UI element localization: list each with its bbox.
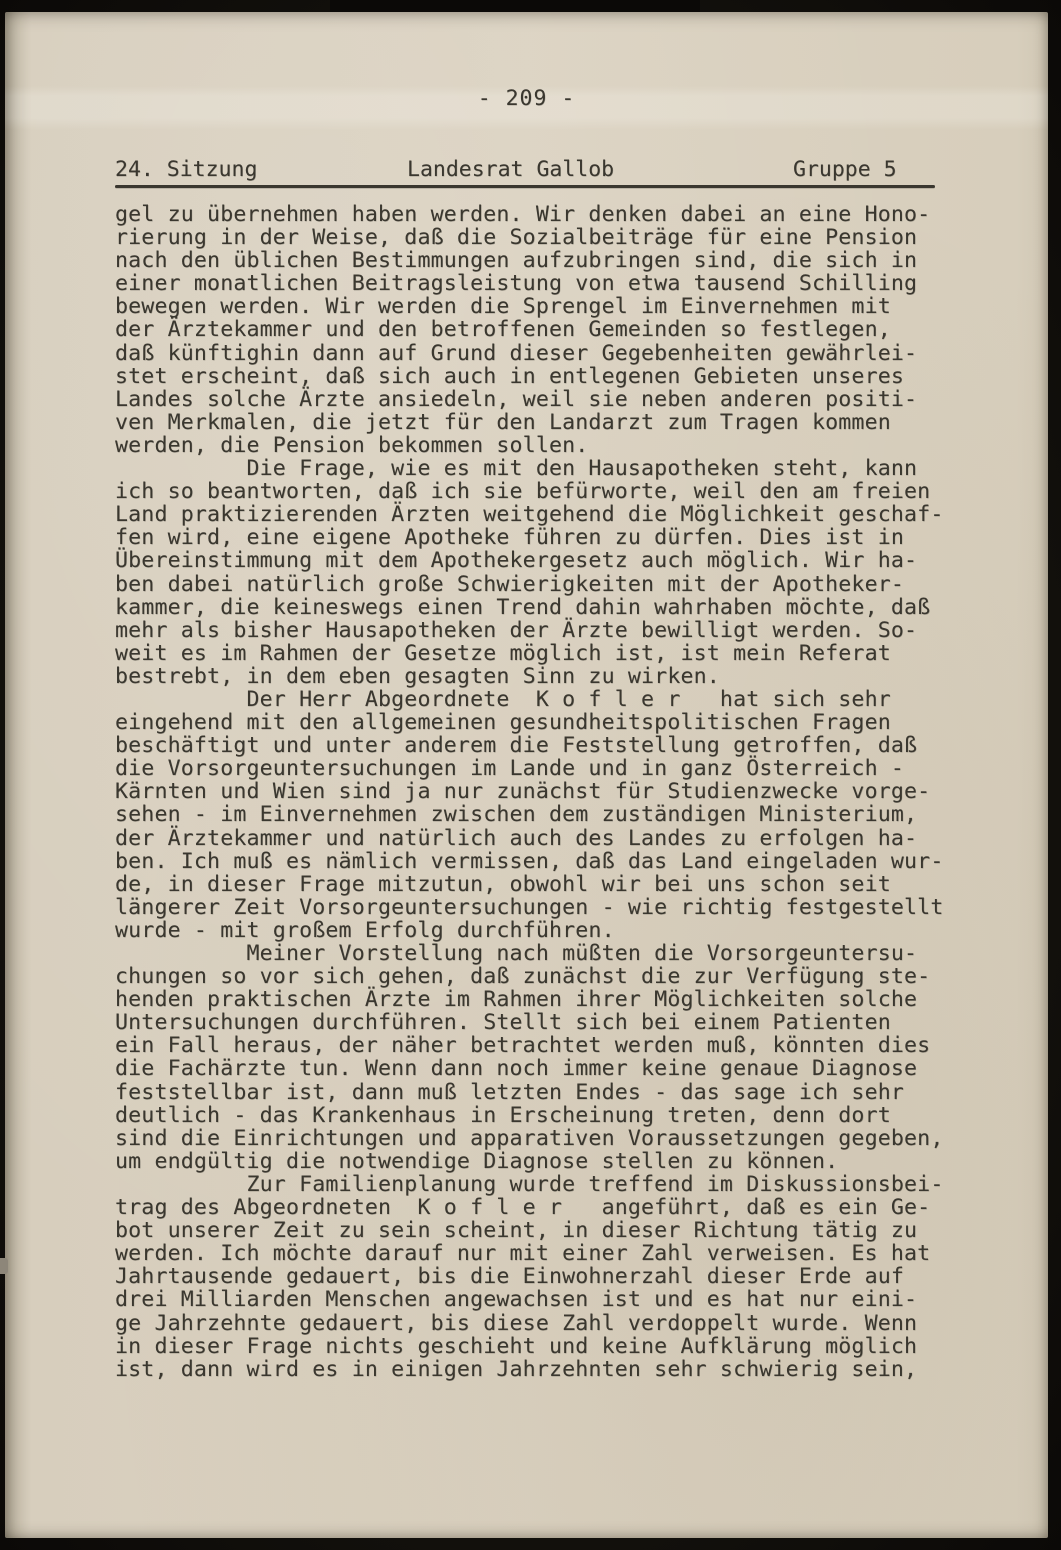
text-line: trag des Abgeordneten K o f l e r angefü… <box>115 1196 975 1219</box>
text-line: in dieser Frage nichts geschieht und kei… <box>115 1335 975 1358</box>
text-line: Jahrtausende gedauert, bis die Einwohner… <box>115 1265 975 1288</box>
text-line: ven Merkmalen, die jetzt für den Landarz… <box>115 411 975 434</box>
text-line: bot unserer Zeit zu sein scheint, in die… <box>115 1219 975 1242</box>
page-header: 24. Sitzung Landesrat Gallob Gruppe 5 <box>115 146 935 188</box>
text-line: rierung in der Weise, daß die Sozialbeit… <box>115 226 975 249</box>
header-session: 24. Sitzung <box>115 157 257 182</box>
text-line: feststellbar ist, dann muß letzten Endes… <box>115 1081 975 1104</box>
text-line: einer monatlichen Beitragsleistung von e… <box>115 272 975 295</box>
text-line: de, in dieser Frage mitzutun, obwohl wir… <box>115 873 975 896</box>
text-line: Zur Familienplanung wurde treffend im Di… <box>115 1173 975 1196</box>
text-line: chungen so vor sich gehen, daß zunächst … <box>115 965 975 988</box>
text-line: Der Herr Abgeordnete K o f l e r hat sic… <box>115 688 975 711</box>
text-line: sehen - im Einvernehmen zwischen dem zus… <box>115 803 975 826</box>
text-line: werden. Ich möchte darauf nur mit einer … <box>115 1242 975 1265</box>
text-line: Untersuchungen durchführen. Stellt sich … <box>115 1011 975 1034</box>
text-line: ben dabei natürlich große Schwierigkeite… <box>115 573 975 596</box>
text-line: sind die Einrichtungen und apparativen V… <box>115 1127 975 1150</box>
text-line: bestrebt, in dem eben gesagten Sinn zu w… <box>115 665 975 688</box>
text-line: kammer, die keineswegs einen Trend dahin… <box>115 596 975 619</box>
header-group: Gruppe 5 <box>793 157 897 182</box>
text-line: nach den üblichen Bestimmungen aufzubrin… <box>115 249 975 272</box>
body-text: gel zu übernehmen haben werden. Wir denk… <box>115 203 975 1381</box>
text-line: ein Fall heraus, der näher betrachtet we… <box>115 1034 975 1057</box>
text-line: stet erscheint, daß sich auch in entlege… <box>115 365 975 388</box>
text-line: ist, dann wird es in einigen Jahrzehnten… <box>115 1358 975 1381</box>
text-line: beschäftigt und unter anderem die Festst… <box>115 734 975 757</box>
header-underline <box>115 185 935 188</box>
text-line: eingehend mit den allgemeinen gesundheit… <box>115 711 975 734</box>
header-speaker: Landesrat Gallob <box>407 157 614 182</box>
paragraph: Zur Familienplanung wurde treffend im Di… <box>115 1173 975 1381</box>
document-page: - 209 - 24. Sitzung Landesrat Gallob Gru… <box>5 12 1048 1538</box>
text-line: drei Milliarden Menschen angewachsen ist… <box>115 1288 975 1311</box>
text-line: henden praktischen Ärzte im Rahmen ihrer… <box>115 988 975 1011</box>
text-line: Kärnten und Wien sind ja nur zunächst fü… <box>115 780 975 803</box>
text-line: längerer Zeit Vorsorgeuntersuchungen - w… <box>115 896 975 919</box>
text-line: der Ärztekammer und natürlich auch des L… <box>115 827 975 850</box>
text-line: Meiner Vorstellung nach müßten die Vorso… <box>115 942 975 965</box>
text-line: deutlich - das Krankenhaus in Erscheinun… <box>115 1104 975 1127</box>
text-line: der Ärztekammer und den betroffenen Geme… <box>115 318 975 341</box>
text-line: wurde - mit großem Erfolg durchführen. <box>115 919 975 942</box>
text-line: ben. Ich muß es nämlich vermissen, daß d… <box>115 850 975 873</box>
paragraph: Der Herr Abgeordnete K o f l e r hat sic… <box>115 688 975 942</box>
text-line: ge Jahrzehnte gedauert, bis diese Zahl v… <box>115 1312 975 1335</box>
paragraph: Die Frage, wie es mit den Hausapotheken … <box>115 457 975 688</box>
text-line: Die Frage, wie es mit den Hausapotheken … <box>115 457 975 480</box>
scanned-page-frame: - 209 - 24. Sitzung Landesrat Gallob Gru… <box>0 0 1061 1550</box>
text-line: Übereinstimmung mit dem Apothekergesetz … <box>115 549 975 572</box>
text-line: daß künftighin dann auf Grund dieser Geg… <box>115 342 975 365</box>
text-line: gel zu übernehmen haben werden. Wir denk… <box>115 203 975 226</box>
text-line: bewegen werden. Wir werden die Sprengel … <box>115 295 975 318</box>
text-line: Landes solche Ärzte ansiedeln, weil sie … <box>115 388 975 411</box>
text-line: ich so beantworten, daß ich sie befürwor… <box>115 480 975 503</box>
page-number: - 209 - <box>5 86 1048 111</box>
text-line: die Fachärzte tun. Wenn dann noch immer … <box>115 1057 975 1080</box>
text-line: mehr als bisher Hausapotheken der Ärzte … <box>115 619 975 642</box>
scan-edge-nick <box>0 1258 8 1274</box>
text-line: werden, die Pension bekommen sollen. <box>115 434 975 457</box>
text-line: Land praktizierenden Ärzten weitgehend d… <box>115 503 975 526</box>
text-line: fen wird, eine eigene Apotheke führen zu… <box>115 526 975 549</box>
text-line: die Vorsorgeuntersuchungen im Lande und … <box>115 757 975 780</box>
paragraph: gel zu übernehmen haben werden. Wir denk… <box>115 203 975 457</box>
paragraph: Meiner Vorstellung nach müßten die Vorso… <box>115 942 975 1173</box>
text-line: um endgültig die notwendige Diagnose ste… <box>115 1150 975 1173</box>
text-line: weit es im Rahmen der Gesetze möglich is… <box>115 642 975 665</box>
